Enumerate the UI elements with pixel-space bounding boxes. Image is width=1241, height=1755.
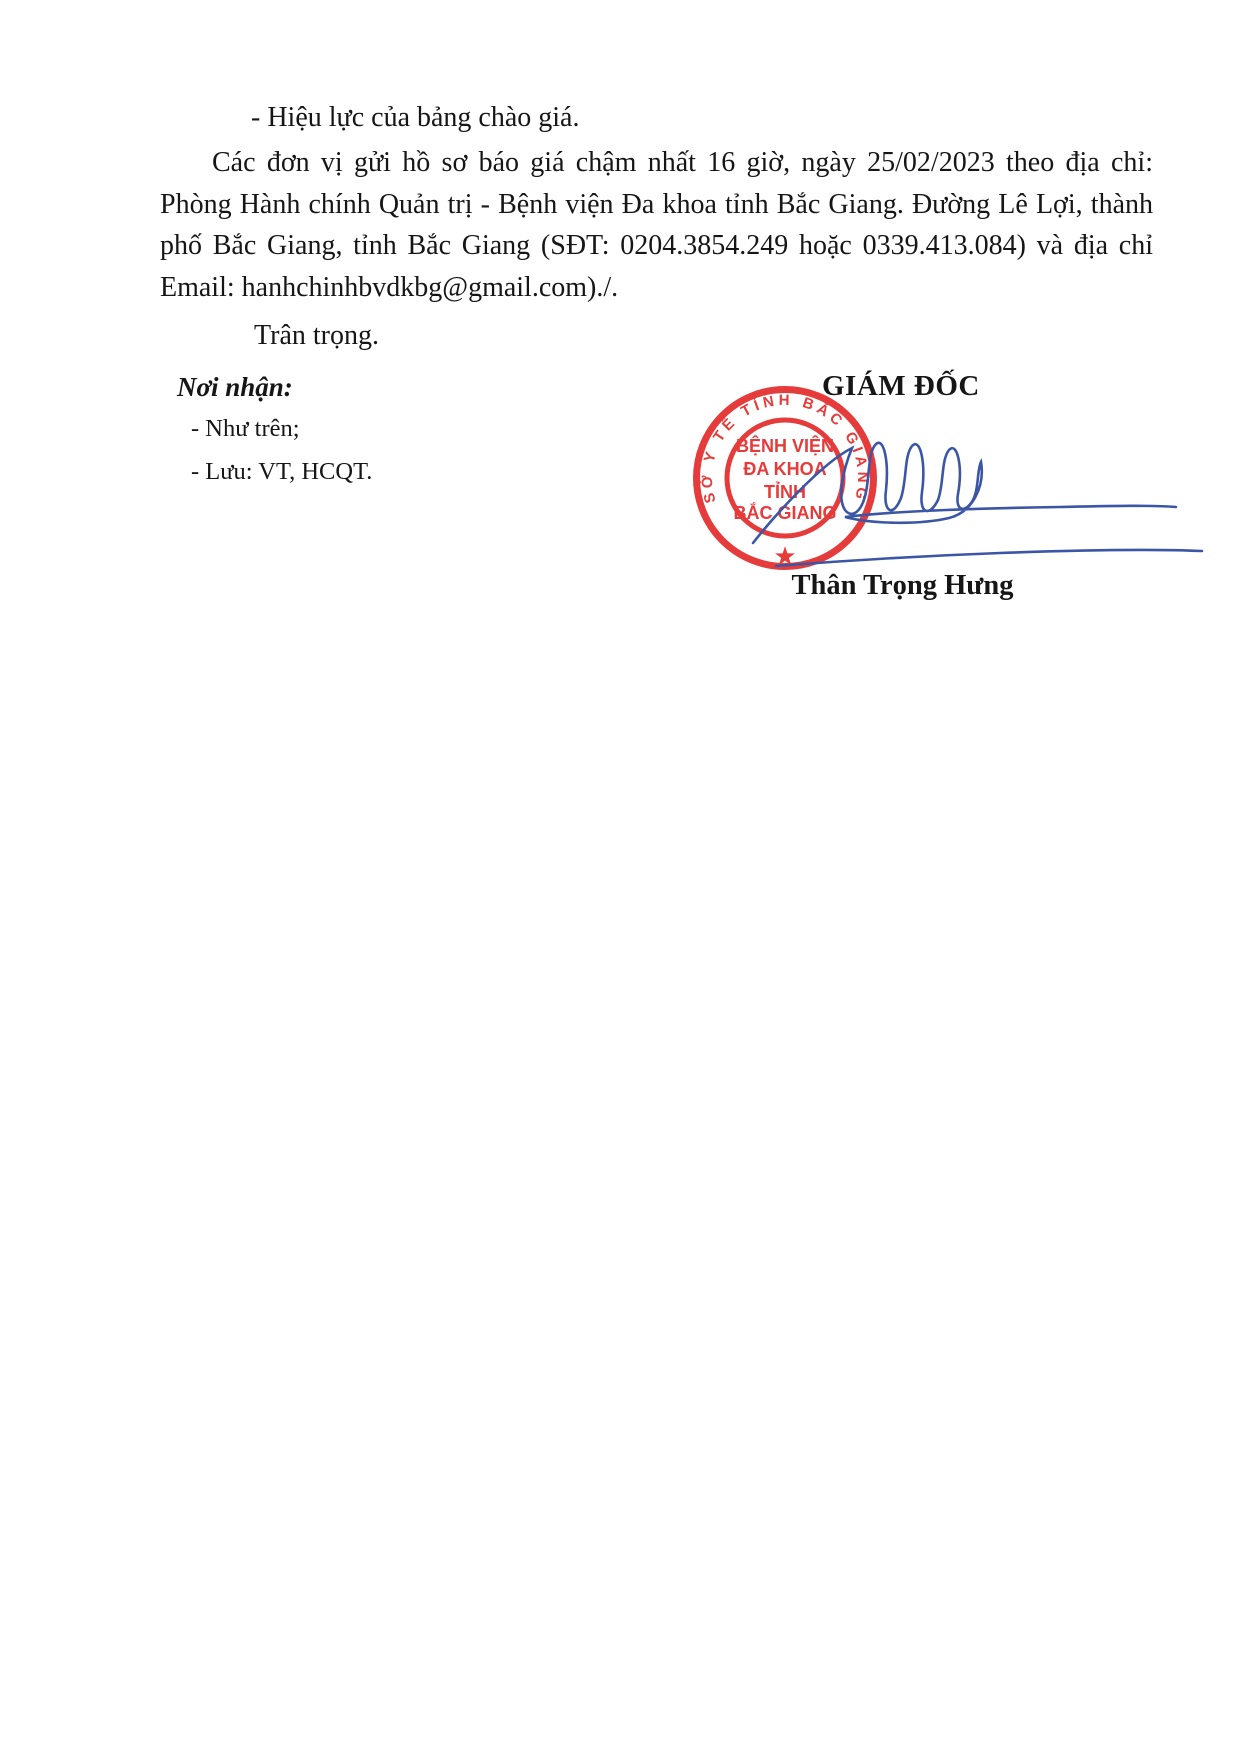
- signer-name: Thân Trọng Hưng: [775, 566, 1030, 606]
- document-page: - Hiệu lực của bảng chào giá. Các đơn vị…: [0, 0, 1241, 1755]
- stamp-and-signature-overlay: SỞ Y TẾ TỈNH BẮC GIANG BỆNH VIỆN ĐA KHOA…: [0, 0, 1241, 700]
- hospital-stamp-icon: SỞ Y TẾ TỈNH BẮC GIANG BỆNH VIỆN ĐA KHOA…: [697, 390, 874, 572]
- signature-underline: [776, 550, 1202, 566]
- stamp-center-line: BỆNH VIỆN: [736, 435, 834, 456]
